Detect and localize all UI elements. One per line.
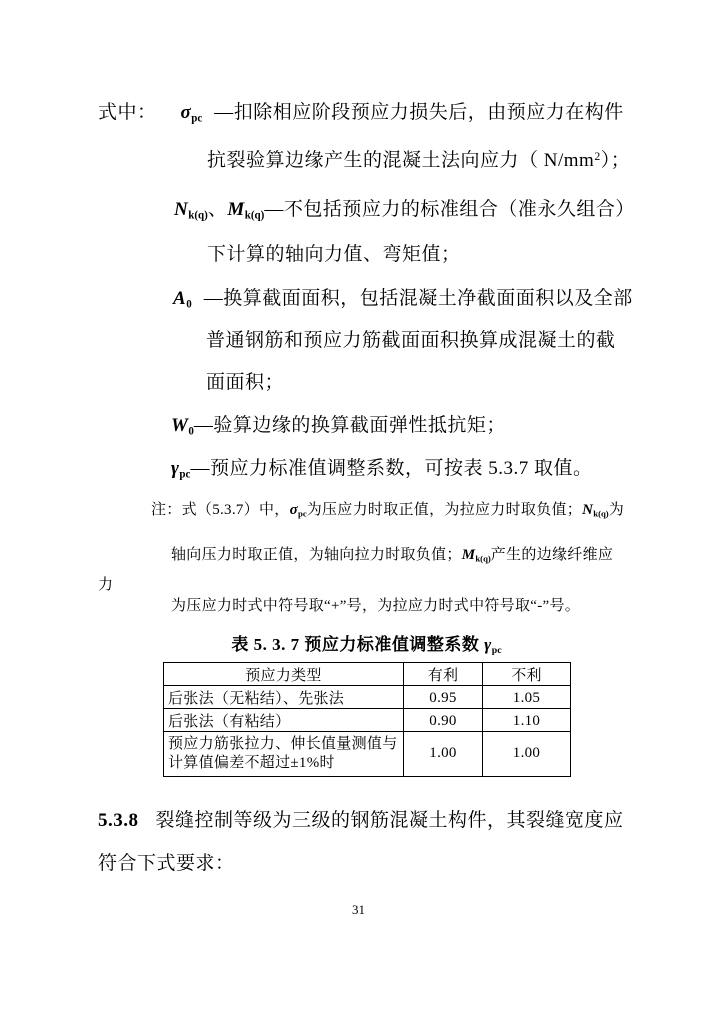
section-538-line-1: 5.3.8裂缝控制等级为三级的钢筋混凝土构件，其裂缝宽度应	[98, 810, 624, 832]
where-label: 式中：	[98, 102, 157, 123]
definition-text: 下计算的轴向力值、弯矩值；	[207, 244, 461, 265]
symbol-a-0: A0	[173, 288, 192, 309]
note-text: 为压应力时式中符号取“+”号，为拉应力时式中符号取“-”号。	[171, 598, 580, 614]
definition-line-sigma: 式中：σpc—扣除相应阶段预应力损失后，由预应力在构件	[98, 102, 624, 125]
table-title-text: 表 5. 3. 7 预应力标准值调整系数	[231, 635, 484, 654]
definition-line-a0: A0—换算截面面积，包括混凝土净截面面积以及全部	[173, 288, 633, 311]
definition-line-sigma-cont: 抗裂验算边缘产生的混凝土法向应力（ N/mm2）；	[207, 150, 630, 172]
definition-line-a0-cont1: 普通钢筋和预应力筋截面面积换算成混凝土的截	[206, 330, 616, 352]
column-header-type: 预应力类型	[164, 663, 404, 686]
cell-unfavorable: 1.10	[483, 709, 571, 732]
definition-text: 面面积；	[206, 372, 284, 393]
cell-favorable: 0.90	[404, 709, 483, 732]
symbol-w-0: W0	[171, 415, 194, 436]
definition-line-nm-cont: 下计算的轴向力值、弯矩值；	[207, 244, 461, 266]
definition-text: —预应力标准值调整系数，可按表 5.3.7 取值。	[190, 458, 592, 479]
table-row: 预应力筋张拉力、伸长值量测值与计算值偏差不超过±1%时 1.00 1.00	[164, 732, 571, 777]
symbol-m-kq: Mk(q)	[462, 547, 491, 563]
note-text: 轴向压力时取正值，为轴向拉力时取负值；	[171, 547, 462, 563]
symbol-m-kq: Mk(q)	[227, 199, 264, 220]
definition-text: —不包括预应力的标准组合（准永久组合）	[264, 199, 635, 220]
symbol-gamma-pc: γpc	[171, 458, 190, 479]
column-header-favorable: 有利	[404, 663, 483, 686]
definition-line-w0: W0—验算边缘的换算截面弹性抵抗矩；	[171, 415, 506, 438]
cell-type: 后张法（无粘结）、先张法	[164, 686, 404, 709]
definition-text: ）；	[601, 150, 631, 171]
document-page: 式中：σpc—扣除相应阶段预应力损失后，由预应力在构件 抗裂验算边缘产生的混凝土…	[0, 0, 717, 1012]
note-line-3-orphan: 力	[98, 577, 113, 594]
symbol-gamma-pc: γpc	[484, 635, 501, 654]
definition-text: —换算截面面积，包括混凝土净截面面积以及全部	[204, 288, 633, 309]
table-title: 表 5. 3. 7 预应力标准值调整系数 γpc	[163, 630, 570, 656]
definition-text: 普通钢筋和预应力筋截面面积换算成混凝土的截	[206, 330, 616, 351]
symbol-sigma-pc: σpc	[290, 502, 307, 518]
section-538-line-2: 符合下式要求：	[98, 853, 235, 875]
prestress-coefficient-table: 预应力类型 有利 不利 后张法（无粘结）、先张法 0.95 1.05 后张法（有…	[163, 662, 571, 777]
section-text: 符合下式要求：	[98, 853, 235, 874]
cell-type: 后张法（有粘结）	[164, 709, 404, 732]
symbol-sigma-pc: σpc	[181, 102, 203, 123]
separator: 、	[208, 199, 228, 220]
table-row: 后张法（无粘结）、先张法 0.95 1.05	[164, 686, 571, 709]
section-number: 5.3.8	[98, 810, 139, 831]
cell-unfavorable: 1.05	[483, 686, 571, 709]
cell-type: 预应力筋张拉力、伸长值量测值与计算值偏差不超过±1%时	[164, 732, 404, 777]
note-line-1: 注：式（5.3.7）中，σpc为压应力时取正值，为拉应力时取负值；Nk(q)为	[151, 502, 624, 519]
note-text: 为	[609, 502, 624, 518]
column-header-unfavorable: 不利	[483, 663, 571, 686]
table-header-row: 预应力类型 有利 不利	[164, 663, 571, 686]
page-number: 31	[0, 902, 717, 918]
note-line-2: 轴向压力时取正值，为轴向拉力时取负值；Mk(q)产生的边缘纤维应	[171, 547, 613, 564]
note-text: 注：式（5.3.7）中，	[151, 502, 290, 518]
definition-line-nm: Nk(q)、Mk(q)—不包括预应力的标准组合（准永久组合）	[174, 199, 635, 222]
cell-favorable: 0.95	[404, 686, 483, 709]
cell-unfavorable: 1.00	[483, 732, 571, 777]
section-text: 裂缝控制等级为三级的钢筋混凝土构件，其裂缝宽度应	[156, 810, 624, 831]
cell-favorable: 1.00	[404, 732, 483, 777]
table-row: 后张法（有粘结） 0.90 1.10	[164, 709, 571, 732]
symbol-n-kq: Nk(q)	[582, 502, 609, 518]
symbol-n-kq: Nk(q)	[174, 199, 208, 220]
note-text: 为压应力时取正值，为拉应力时取负值；	[307, 502, 582, 518]
definition-line-gamma: γpc—预应力标准值调整系数，可按表 5.3.7 取值。	[171, 458, 592, 481]
definition-line-a0-cont2: 面面积；	[206, 372, 284, 394]
definition-text: —验算边缘的换算截面弹性抵抗矩；	[194, 415, 506, 436]
note-line-4: 为压应力时式中符号取“+”号，为拉应力时式中符号取“-”号。	[171, 598, 580, 615]
note-text: 产生的边缘纤维应	[491, 547, 613, 563]
definition-text: —扣除相应阶段预应力损失后，由预应力在构件	[214, 102, 624, 123]
note-text: 力	[98, 577, 113, 593]
definition-text: 抗裂验算边缘产生的混凝土法向应力（ N/mm	[207, 150, 594, 171]
